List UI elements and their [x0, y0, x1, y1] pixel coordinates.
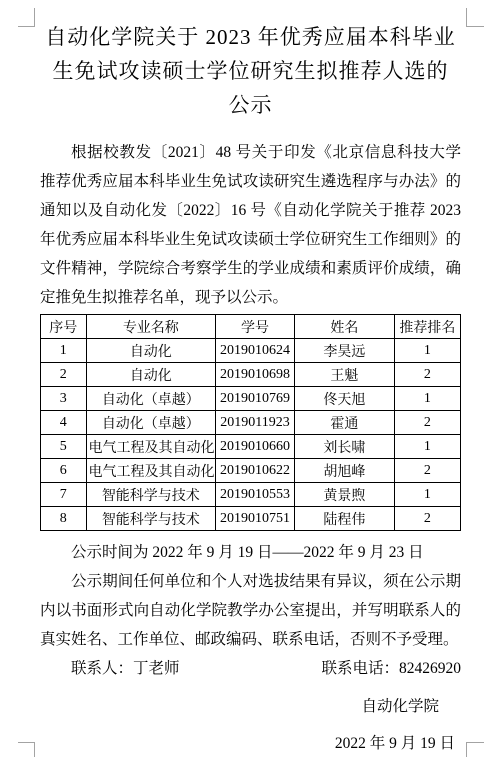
table-cell: 智能科学与技术	[86, 483, 216, 507]
table-cell: 5	[41, 435, 87, 459]
table-row: 6电气工程及其自动化2019010622胡旭峰2	[41, 459, 461, 483]
table-cell: 智能科学与技术	[86, 507, 216, 531]
publicity-time-paragraph: 公示时间为 2022 年 9 月 19 日——2022 年 9 月 23 日	[40, 538, 461, 567]
header-cell-index: 序号	[41, 315, 87, 339]
table-cell: 2019010751	[216, 507, 295, 531]
header-cell-rank: 推荐排名	[394, 315, 460, 339]
margin-mark-bottom-left-icon	[18, 742, 35, 757]
margin-mark-top-left-icon	[18, 8, 35, 27]
document-content: 自动化学院关于 2023 年优秀应届本科毕业 生免试攻读硕士学位研究生拟推荐人选…	[40, 0, 461, 758]
table-cell: 刘长啸	[294, 435, 394, 459]
contact-phone: 联系电话：82426920	[321, 654, 461, 683]
table-row: 7智能科学与技术2019010553黄景煦1	[41, 483, 461, 507]
intro-paragraph: 根据校教发〔2021〕48 号关于印发《北京信息科技大学推荐优秀应届本科毕业生免…	[40, 138, 461, 312]
table-cell: 自动化	[86, 339, 216, 363]
table-cell: 2019010698	[216, 363, 295, 387]
table-cell: 1	[394, 435, 460, 459]
table-row: 1自动化2019010624李昊远1	[41, 339, 461, 363]
title-line-1: 自动化学院关于 2023 年优秀应届本科毕业	[40, 20, 461, 54]
table-cell: 李昊远	[294, 339, 394, 363]
table-cell: 2019010624	[216, 339, 295, 363]
document-title: 自动化学院关于 2023 年优秀应届本科毕业 生免试攻读硕士学位研究生拟推荐人选…	[40, 20, 461, 122]
table-row: 8智能科学与技术2019010751陆程伟2	[41, 507, 461, 531]
table-row: 4自动化（卓越）2019011923霍通2	[41, 411, 461, 435]
table-cell: 1	[394, 387, 460, 411]
table-cell: 3	[41, 387, 87, 411]
contact-line: 联系人：丁老师 联系电话：82426920	[40, 654, 461, 683]
table-cell: 2019010553	[216, 483, 295, 507]
table-cell: 电气工程及其自动化	[86, 435, 216, 459]
table-cell: 2019010622	[216, 459, 295, 483]
table-cell: 王魁	[294, 363, 394, 387]
table-cell: 2019010660	[216, 435, 295, 459]
table-cell: 黄景煦	[294, 483, 394, 507]
table-cell: 1	[394, 483, 460, 507]
signature-date: 2022 年 9 月 19 日	[40, 729, 461, 758]
table-cell: 1	[41, 339, 87, 363]
table-cell: 自动化	[86, 363, 216, 387]
table-cell: 2	[394, 363, 460, 387]
table-cell: 2	[394, 459, 460, 483]
table-cell: 胡旭峰	[294, 459, 394, 483]
table-cell: 2019011923	[216, 411, 295, 435]
margin-mark-top-right-icon	[466, 8, 484, 27]
table-cell: 电气工程及其自动化	[86, 459, 216, 483]
table-cell: 2019010769	[216, 387, 295, 411]
recommendation-table-body: 1自动化2019010624李昊远12自动化2019010698王魁23自动化（…	[41, 339, 461, 531]
table-cell: 2	[394, 411, 460, 435]
table-cell: 2	[41, 363, 87, 387]
contact-person: 联系人：丁老师	[40, 654, 180, 683]
header-cell-student-id: 学号	[216, 315, 295, 339]
table-row: 5电气工程及其自动化2019010660刘长啸1	[41, 435, 461, 459]
header-cell-major: 专业名称	[86, 315, 216, 339]
table-cell: 7	[41, 483, 87, 507]
table-row: 3自动化（卓越）2019010769佟天旭1	[41, 387, 461, 411]
table-cell: 自动化（卓越）	[86, 411, 216, 435]
table-cell: 佟天旭	[294, 387, 394, 411]
header-cell-name: 姓名	[294, 315, 394, 339]
table-cell: 霍通	[294, 411, 394, 435]
recommendation-table: 序号 专业名称 学号 姓名 推荐排名 1自动化2019010624李昊远12自动…	[40, 314, 461, 531]
signature-college: 自动化学院	[40, 692, 461, 721]
table-row: 2自动化2019010698王魁2	[41, 363, 461, 387]
margin-mark-bottom-right-icon	[466, 742, 484, 757]
table-cell: 8	[41, 507, 87, 531]
objection-paragraph: 公示期间任何单位和个人对选拔结果有异议，须在公示期内以书面形式向自动化学院教学办…	[40, 567, 461, 654]
title-line-3: 公示	[40, 88, 461, 122]
table-header-row: 序号 专业名称 学号 姓名 推荐排名	[41, 315, 461, 339]
document-page: 自动化学院关于 2023 年优秀应届本科毕业 生免试攻读硕士学位研究生拟推荐人选…	[0, 0, 499, 760]
table-cell: 自动化（卓越）	[86, 387, 216, 411]
table-cell: 2	[394, 507, 460, 531]
table-cell: 4	[41, 411, 87, 435]
table-cell: 6	[41, 459, 87, 483]
title-line-2: 生免试攻读硕士学位研究生拟推荐人选的	[40, 54, 461, 88]
table-cell: 陆程伟	[294, 507, 394, 531]
table-cell: 1	[394, 339, 460, 363]
